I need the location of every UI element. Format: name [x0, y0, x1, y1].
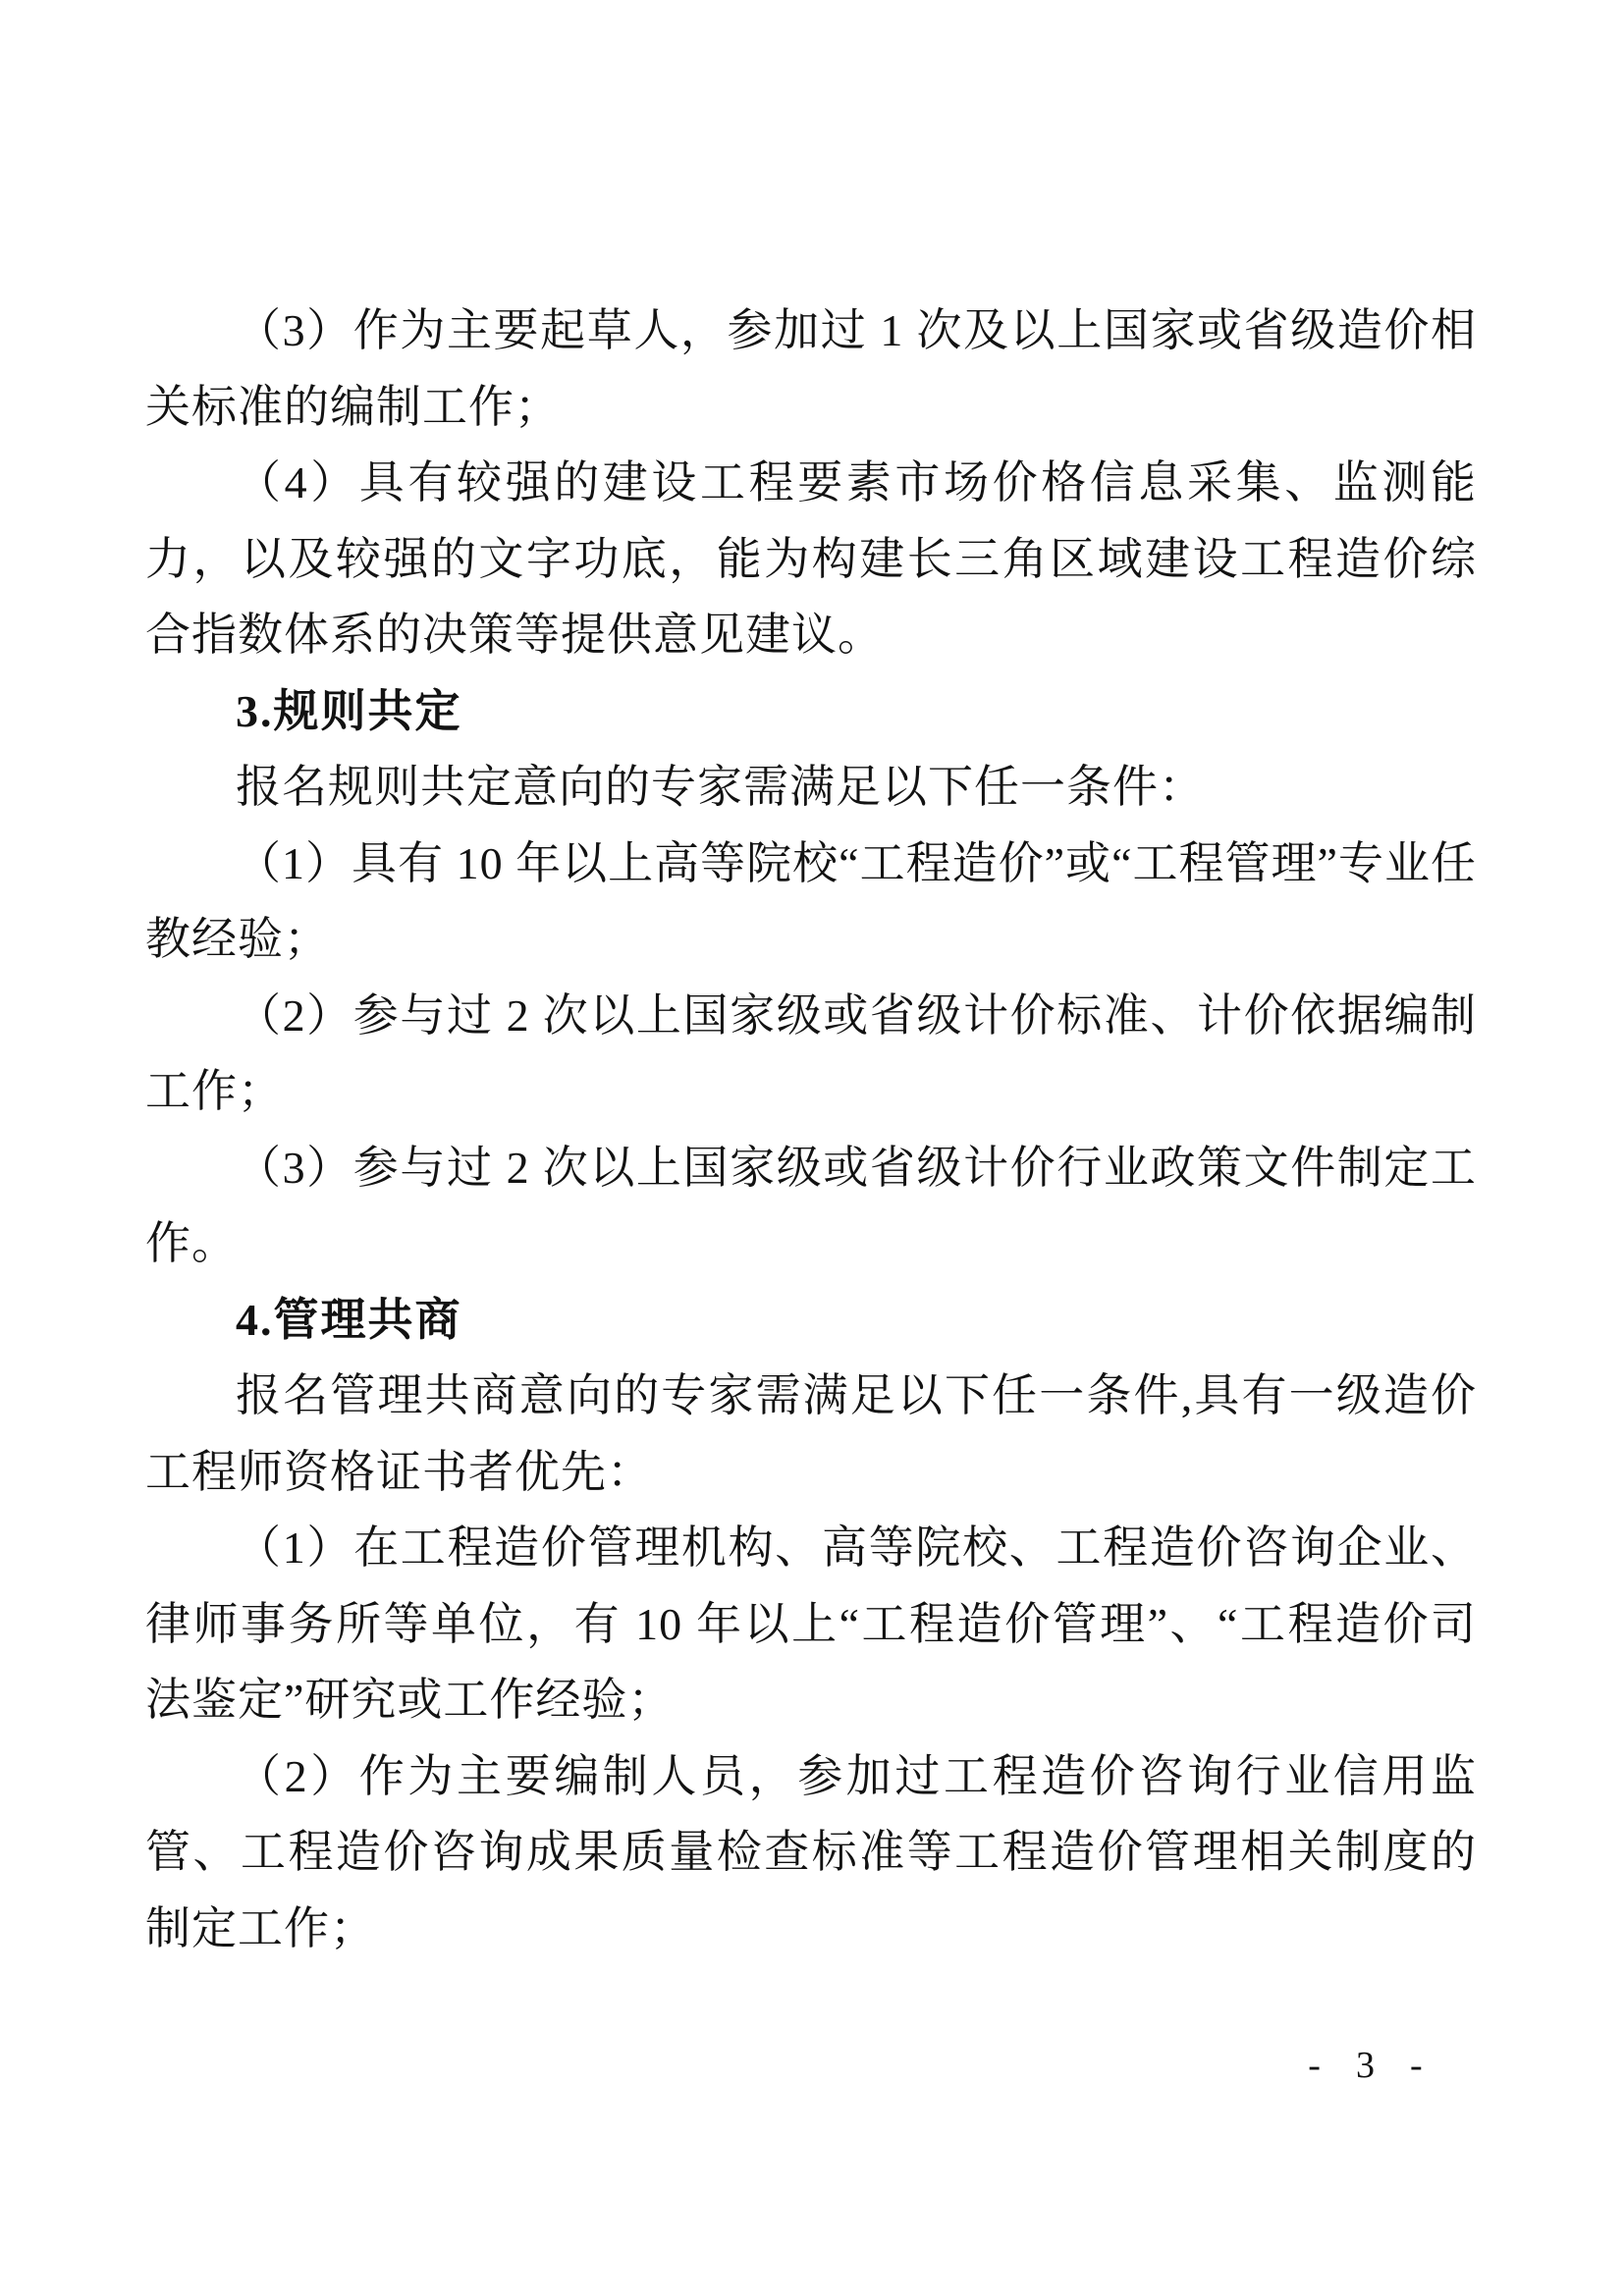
page-number: - 3 -	[1308, 2044, 1435, 2087]
body-paragraph: （1）具有 10 年以上高等院校“工程造价”或“工程管理”专业任教经验；	[145, 826, 1477, 978]
section-heading: 3.规则共定	[145, 673, 1477, 750]
document-page: （3）作为主要起草人，参加过 1 次及以上国家或省级造价相关标准的编制工作；（4…	[0, 0, 1624, 2296]
body-paragraph: （4）具有较强的建设工程要素市场价格信息采集、监测能力，以及较强的文字功底，能为…	[145, 445, 1477, 673]
section-heading: 4.管理共商	[145, 1282, 1477, 1359]
body-paragraph: （2）参与过 2 次以上国家级或省级计价标准、计价依据编制工作；	[145, 978, 1477, 1130]
body-paragraph: （3）参与过 2 次以上国家级或省级计价行业政策文件制定工作。	[145, 1130, 1477, 1282]
body-paragraph: （2）作为主要编制人员，参加过工程造价咨询行业信用监管、工程造价咨询成果质量检查…	[145, 1738, 1477, 1967]
body-paragraph: 报名规则共定意向的专家需满足以下任一条件：	[145, 749, 1477, 826]
document-body: （3）作为主要起草人，参加过 1 次及以上国家或省级造价相关标准的编制工作；（4…	[145, 293, 1477, 1966]
body-paragraph: 报名管理共商意向的专家需满足以下任一条件,具有一级造价工程师资格证书者优先：	[145, 1358, 1477, 1510]
body-paragraph: （3）作为主要起草人，参加过 1 次及以上国家或省级造价相关标准的编制工作；	[145, 293, 1477, 445]
body-paragraph: （1）在工程造价管理机构、高等院校、工程造价咨询企业、律师事务所等单位，有 10…	[145, 1510, 1477, 1738]
